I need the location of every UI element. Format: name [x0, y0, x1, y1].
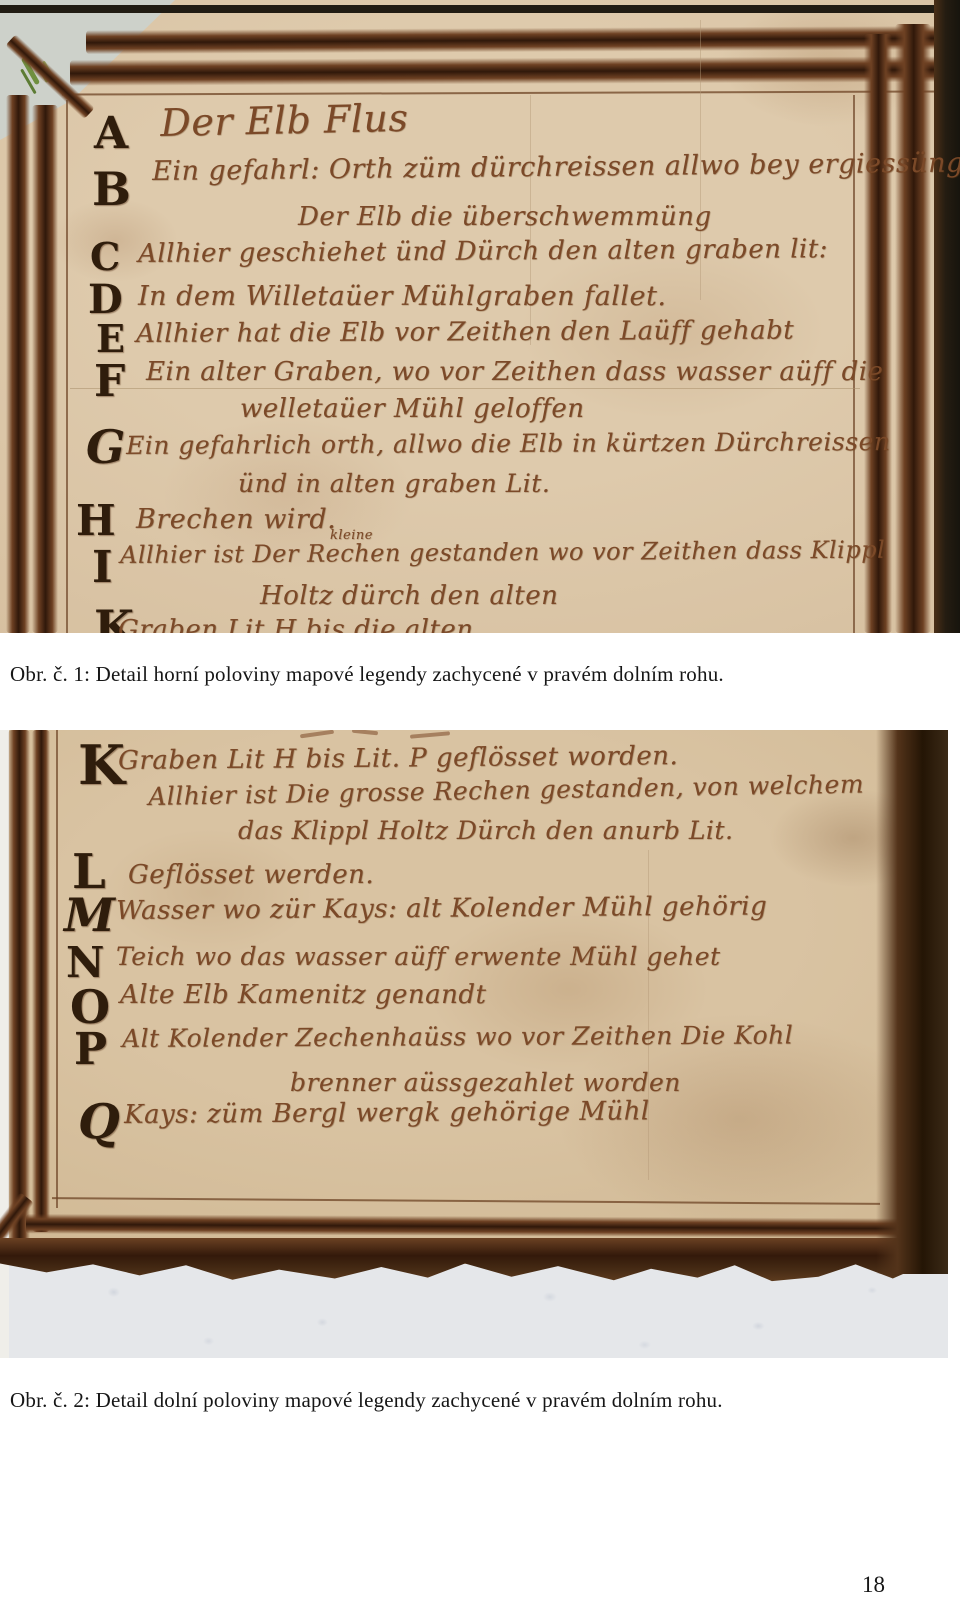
figure-2-caption: Obr. č. 2: Detail dolní poloviny mapové …	[10, 1388, 940, 1413]
photo-top-edge	[0, 5, 960, 13]
manuscript-line: Ein alter Graben, wo vor Zeithen dass wa…	[146, 359, 883, 385]
legend-letter-G: G	[86, 424, 125, 470]
legend-letter-A: A	[94, 112, 128, 156]
figure-1-photo: A B C D E F G H I K Der Elb Flus Ein gef…	[0, 0, 960, 633]
legend-letter-C: C	[90, 238, 120, 276]
frame-inner-line	[56, 730, 58, 1208]
legend-letter-N: N	[66, 942, 104, 984]
manuscript-line: Brechen wird.	[136, 506, 336, 533]
manuscript-line: das Klippl Holtz Dürch den anurb Lit.	[238, 818, 733, 843]
manuscript-line: Ein gefahrl: Orth züm dürchreissen allwo…	[152, 150, 960, 185]
manuscript-line: Graben Lit H bis Lit. P geflösset worden…	[118, 743, 678, 774]
manuscript-line: Allhier hat die Elb vor Zeithen den Laüf…	[136, 318, 794, 347]
frame-band	[32, 105, 58, 633]
styrofoam-background	[0, 1264, 948, 1358]
legend-letter-I: I	[92, 546, 113, 590]
manuscript-line: Der Elb Flus	[160, 99, 409, 142]
legend-letter-F: F	[94, 360, 125, 404]
frame-band	[8, 730, 30, 1242]
page-number: 18	[862, 1572, 885, 1598]
frame-band	[70, 56, 946, 86]
photo-right-edge	[934, 0, 960, 633]
legend-letter-P: P	[74, 1028, 107, 1072]
manuscript-line: welletaüer Mühl geloffen	[240, 396, 585, 422]
manuscript-line: ünd in alten graben Lit.	[238, 471, 550, 496]
parchment-crease	[70, 388, 860, 389]
legend-letter-D: D	[88, 280, 123, 320]
legend-letter-M: M	[64, 892, 115, 938]
manuscript-line: Wasser wo zür Kays: alt Kolender Mühl ge…	[116, 893, 767, 924]
legend-letter-E: E	[96, 320, 125, 358]
figure-1-caption: Obr. č. 1: Detail horní poloviny mapové …	[10, 662, 940, 687]
legend-letter-H: H	[76, 500, 116, 542]
manuscript-line: Holtz dürch den alten	[260, 583, 558, 609]
manuscript-line: In dem Willetaüer Mühlgraben fallet.	[138, 283, 666, 310]
manuscript-line: Geflösset werden.	[128, 862, 374, 888]
figure-2-photo: K L M N O P Q Graben Lit H bis Lit. P ge…	[0, 730, 948, 1358]
manuscript-line: brenner aüssgezahlet worden	[290, 1070, 681, 1095]
manuscript-line: Alte Elb Kamenitz genandt	[120, 982, 486, 1008]
frame-band	[6, 95, 30, 633]
manuscript-line: Alt Kolender Zechenhaüss wo vor Zeithen …	[122, 1022, 793, 1051]
manuscript-line: Kays: züm Bergl wergk gehörige Mühl	[124, 1098, 650, 1128]
frame-band	[32, 730, 50, 1232]
photo-right-edge	[876, 730, 948, 1274]
manuscript-line: Allhier ist Der Rechen gestanden wo vor …	[120, 538, 885, 567]
manuscript-line: Teich wo das wasser aüff erwente Mühl ge…	[116, 944, 721, 969]
manuscript-line: Der Elb die überschwemmüng	[298, 204, 712, 230]
manuscript-line: Ein gefahrlich orth, allwo die Elb in kü…	[126, 429, 891, 458]
manuscript-line: Allhier geschiehet ünd Dürch den alten g…	[138, 236, 828, 267]
frame-inner-line	[66, 100, 68, 633]
legend-letter-B: B	[92, 166, 131, 212]
manuscript-line: Graben Lit H bis die alten	[118, 617, 474, 633]
legend-letter-Q: Q	[78, 1098, 120, 1146]
frame-band	[895, 24, 931, 633]
frame-band	[86, 26, 942, 54]
